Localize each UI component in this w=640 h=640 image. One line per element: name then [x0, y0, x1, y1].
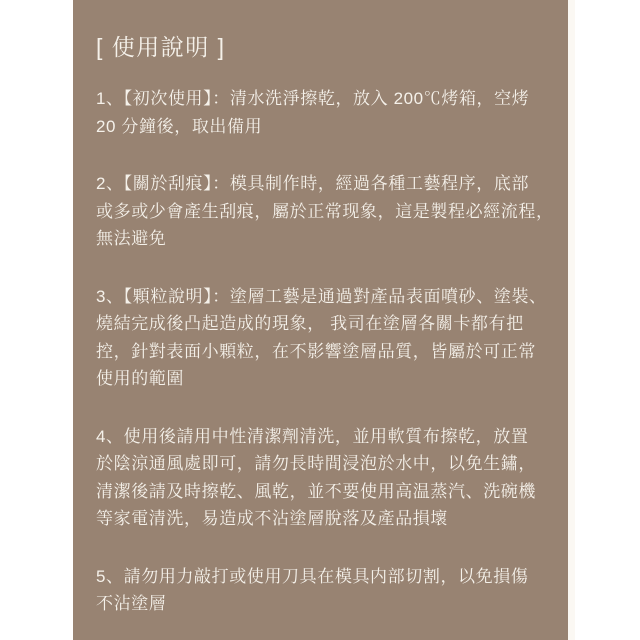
section-particle-note: 3、【顆粒說明】：塗層工藝是通過對產品表面噴砂、塗裝、 燒結完成後凸起造成的現象… — [96, 283, 546, 393]
text-line: 使用的範圍 — [96, 365, 546, 393]
text-line: 20 分鐘後，取出備用 — [96, 113, 546, 141]
text-line: 燒結完成後凸起造成的現象， 我司在塗層各關卡都有把 — [96, 310, 546, 338]
text-line: 5、請勿用力敲打或使用刀具在模具内部切割，以免損傷 — [96, 563, 546, 591]
text-line: 不沾塗層 — [96, 590, 546, 618]
section-about-scratches: 2、【關於刮痕】：模具制作時，經過各種工藝程序，底部 或多或少會產生刮痕，屬於正… — [96, 170, 546, 253]
text-line: 無法避免 — [96, 225, 546, 253]
text-line: 1、【初次使用】：清水洗淨擦乾，放入 200℃烤箱，空烤 — [96, 85, 546, 113]
page-title: [ 使用說明 ] — [96, 30, 546, 64]
section-no-knocking: 5、請勿用力敲打或使用刀具在模具内部切割，以免損傷 不沾塗層 — [96, 563, 546, 618]
text-line: 於陰涼通風處即可，請勿長時間浸泡於水中，以免生鏽， — [96, 450, 546, 478]
instructions-panel: [ 使用說明 ] 1、【初次使用】：清水洗淨擦乾，放入 200℃烤箱，空烤 20… — [73, 0, 568, 640]
usage-instructions-image: [ 使用說明 ] 1、【初次使用】：清水洗淨擦乾，放入 200℃烤箱，空烤 20… — [0, 0, 640, 640]
panel-right-edge-shade — [568, 0, 575, 640]
text-line: 4、使用後請用中性清潔劑清洗，並用軟質布擦乾，放置 — [96, 423, 546, 451]
text-line: 控，針對表面小顆粒，在不影響塗層品質，皆屬於可正常 — [96, 338, 546, 366]
text-line: 清潔後請及時擦乾、風乾，並不要使用高温蒸汽、洗碗機 — [96, 478, 546, 506]
text-line: 等家電清洗，易造成不沾塗層脫落及產品損壞 — [96, 505, 546, 533]
text-line: 或多或少會產生刮痕，屬於正常现象，這是製程必經流程， — [96, 198, 546, 226]
section-cleaning-care: 4、使用後請用中性清潔劑清洗，並用軟質布擦乾，放置 於陰涼通風處即可，請勿長時間… — [96, 423, 546, 533]
text-line: 3、【顆粒說明】：塗層工藝是通過對產品表面噴砂、塗裝、 — [96, 283, 546, 311]
section-initial-use: 1、【初次使用】：清水洗淨擦乾，放入 200℃烤箱，空烤 20 分鐘後，取出備用 — [96, 85, 546, 140]
text-line: 2、【關於刮痕】：模具制作時，經過各種工藝程序，底部 — [96, 170, 546, 198]
